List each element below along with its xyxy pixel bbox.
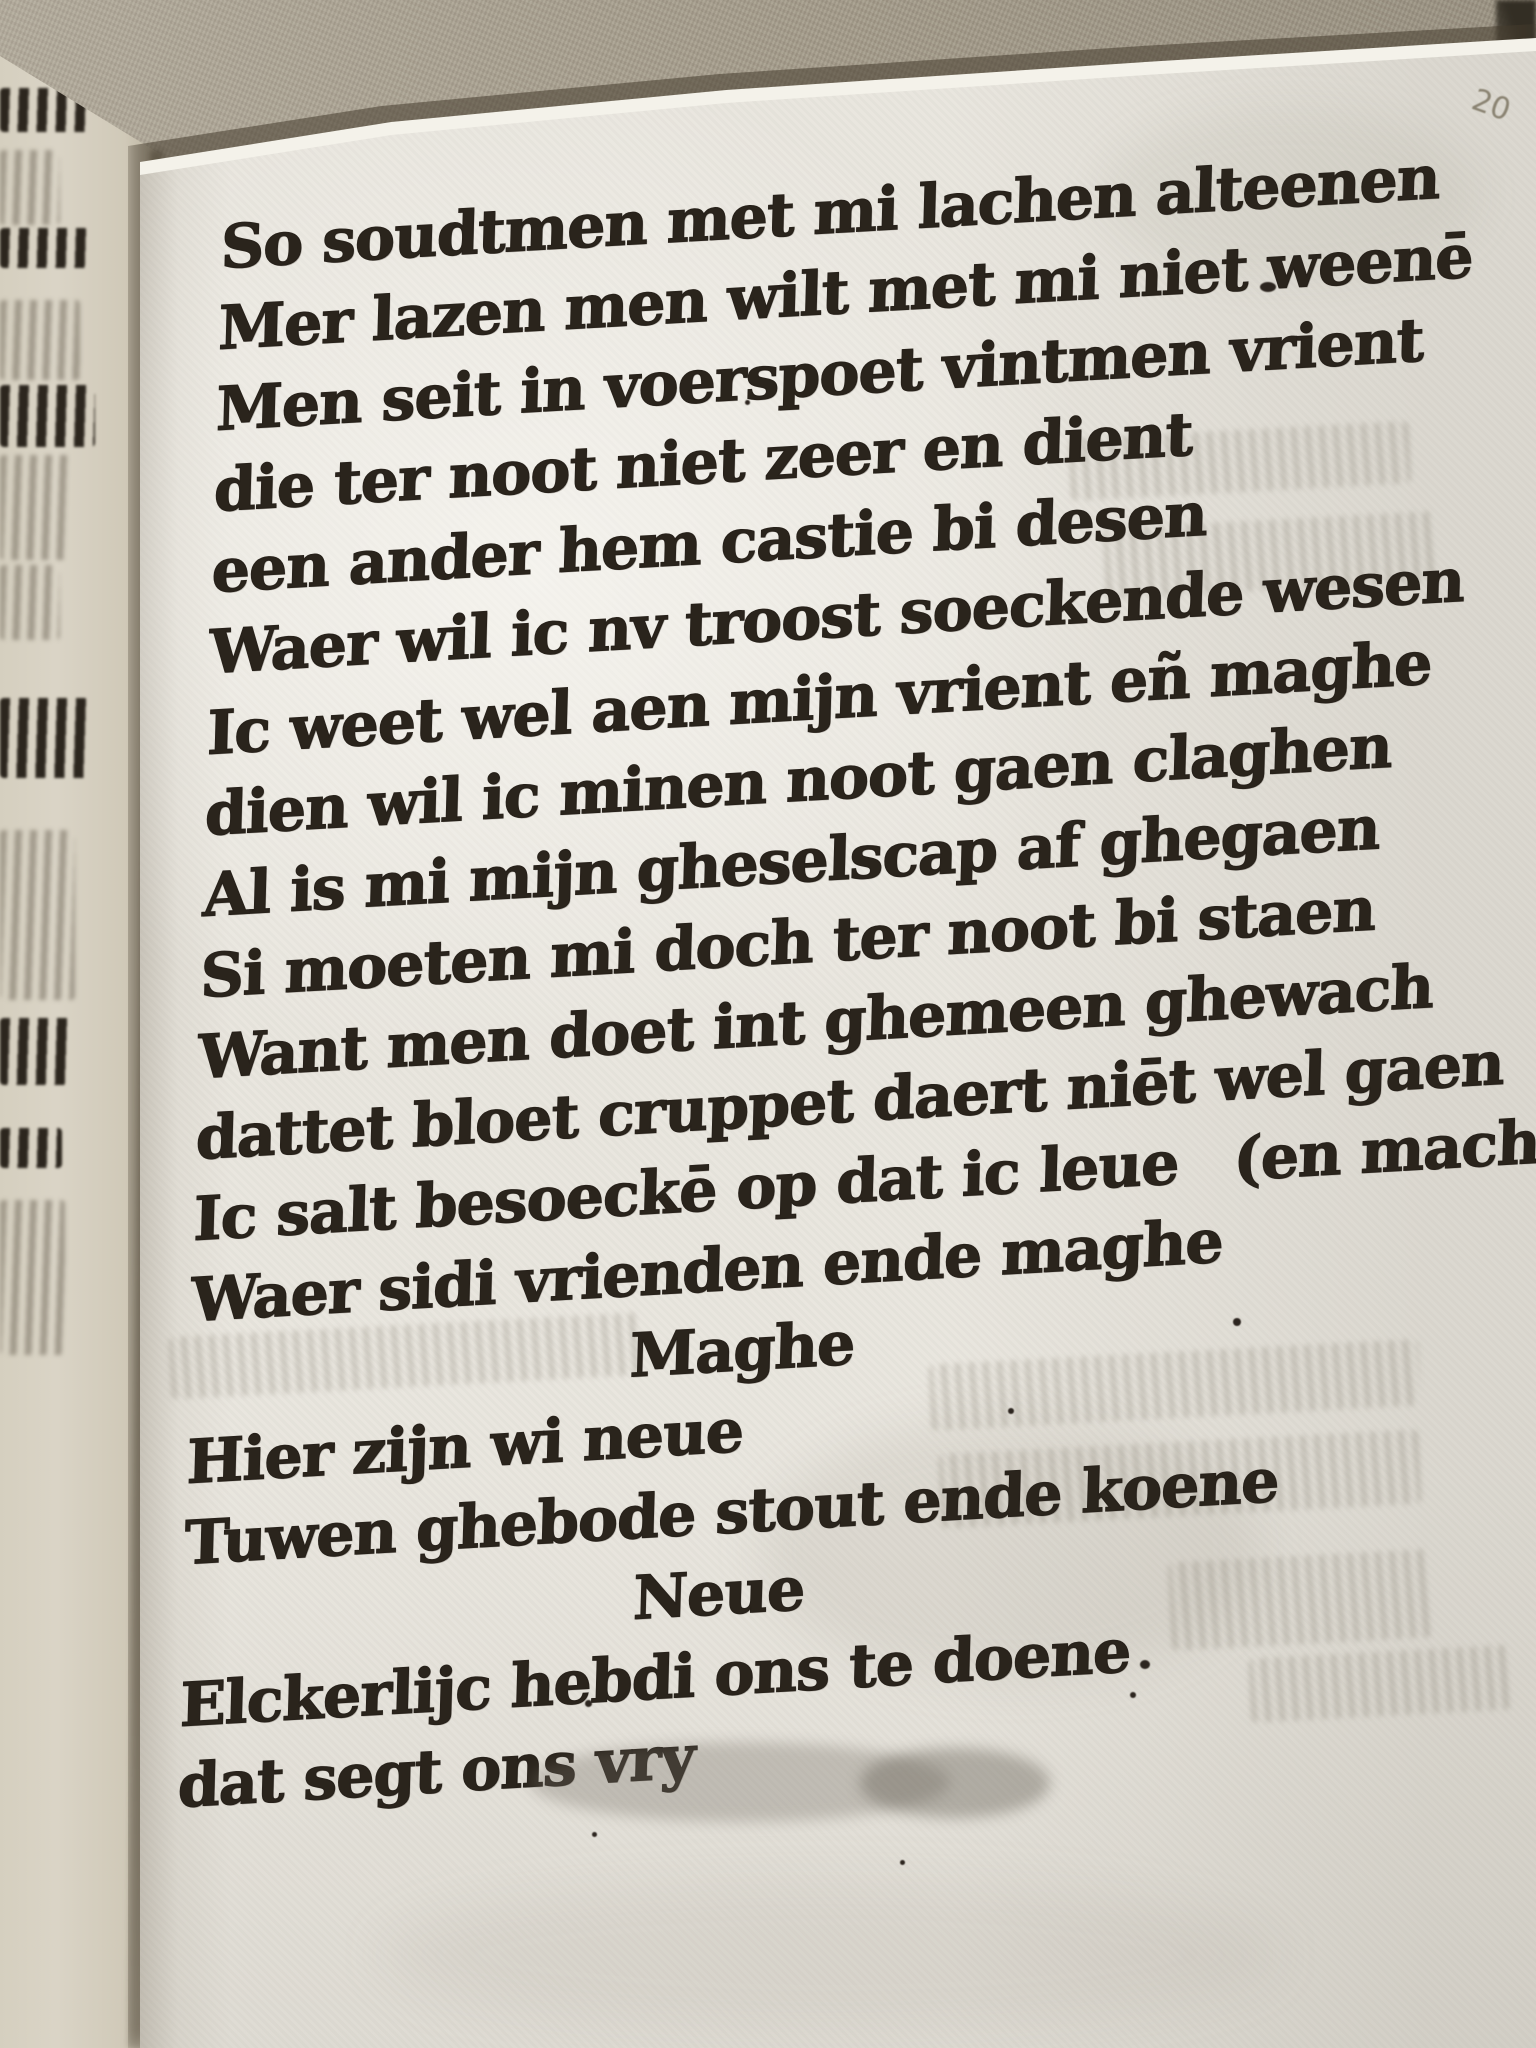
facing-page-text-fragment xyxy=(0,88,92,132)
ink-speck xyxy=(1260,282,1276,292)
facing-page-text-fragment xyxy=(0,830,75,1000)
ink-speck xyxy=(745,400,750,405)
ink-speck xyxy=(900,1860,905,1865)
facing-page-text-fragment xyxy=(0,385,95,447)
ink-speck xyxy=(1008,1408,1014,1414)
facing-page-text-fragment xyxy=(0,455,70,560)
printed-text-block: So soudtmen met mi lachen alteenen Mer l… xyxy=(177,135,1484,1828)
photo-scene: 20 So soudtmen met mi lachen alteenen Me… xyxy=(0,0,1536,2048)
facing-page-text-fragment xyxy=(0,1018,70,1085)
facing-page-text-fragment xyxy=(0,1200,65,1355)
ink-speck xyxy=(1140,1660,1150,1669)
ink-speck xyxy=(585,1700,592,1707)
facing-page-text-fragment xyxy=(0,565,60,640)
facing-page-text-fragment xyxy=(0,228,88,268)
ink-speck xyxy=(1130,1692,1136,1698)
paper-stain xyxy=(380,1880,1280,2030)
ink-speck xyxy=(1233,1318,1241,1326)
facing-page-text-fragment xyxy=(0,150,60,225)
ink-smudge xyxy=(860,1748,1050,1818)
turnover-text: (en mach xyxy=(1233,1108,1536,1196)
ink-speck xyxy=(592,1832,597,1837)
book-page: 20 So soudtmen met mi lachen alteenen Me… xyxy=(140,0,1536,2048)
facing-page-text-fragment xyxy=(0,300,80,380)
folio-number: 20 xyxy=(1467,83,1515,129)
facing-page-text-fragment xyxy=(0,698,88,778)
facing-page-text-fragment xyxy=(0,1128,62,1168)
